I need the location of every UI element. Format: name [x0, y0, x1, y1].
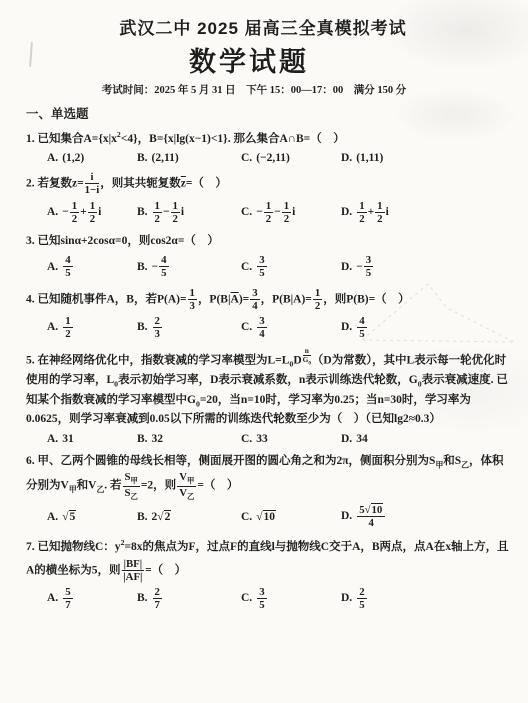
option-text: −12−12i: [256, 206, 295, 218]
question-2: 2. 若复数z=i1−i，则其共轭复数z=（ ） A.−12+12i B.12−…: [26, 171, 512, 224]
option-text: (1,11): [356, 152, 383, 164]
option-b: B.−45: [137, 254, 241, 279]
option-text: 45: [62, 261, 73, 273]
option-text: 34: [256, 321, 267, 333]
options-row: A.(1,2) B.(2,11) C.(−2,11) D.(1,11): [26, 152, 512, 164]
option-a: A.(1,2): [47, 152, 137, 164]
option-c: C.34: [241, 315, 341, 340]
option-label: B.: [137, 206, 148, 218]
option-c: C.35: [241, 586, 341, 611]
option-a: A.31: [47, 433, 137, 445]
option-label: C.: [241, 152, 252, 164]
option-label: B.: [137, 261, 148, 273]
question-6: 6. 甲、乙两个圆锥的母线长相等，侧面展开图的圆心角之和为2π，侧面积分别为S甲…: [26, 452, 512, 530]
option-b: B.32: [137, 433, 241, 445]
exam-info-line: 考试时间：2025 年 5 月 31 日 下午 15：00—17：00 满分 1…: [26, 82, 482, 97]
option-label: C.: [241, 592, 252, 604]
section-heading: 一、单选题: [26, 104, 512, 122]
option-text: 35: [256, 261, 267, 273]
question-stem: 2. 若复数z=i1−i，则其共轭复数z=（ ）: [26, 171, 512, 196]
option-text: 12: [62, 321, 73, 333]
option-label: C.: [241, 511, 252, 523]
option-d: D.25: [341, 586, 512, 611]
option-text: 12+12i: [356, 206, 389, 218]
options-row: A.31 B.32 C.33 D.34: [26, 433, 512, 445]
option-text: 31: [62, 433, 74, 445]
option-label: D.: [341, 592, 352, 604]
question-stem: 7. 已知抛物线C：y2=8x的焦点为F，过点F的直线l与抛物线C交于A，B两点…: [26, 536, 512, 583]
option-d: D.12+12i: [341, 200, 512, 225]
option-label: D.: [341, 261, 352, 273]
option-text: 5√104: [356, 510, 386, 522]
options-row: A.57 B.27 C.35 D.25: [26, 586, 512, 611]
option-text: 57: [62, 592, 73, 604]
option-text: (2,11): [152, 152, 179, 164]
option-c: C.−12−12i: [241, 200, 341, 225]
option-a: A.57: [47, 586, 137, 611]
option-a: A.12: [47, 315, 137, 340]
option-label: A.: [47, 511, 58, 523]
option-c: C.33: [241, 433, 341, 445]
option-b: B.(2,11): [137, 152, 241, 164]
option-label: B.: [137, 511, 148, 523]
option-label: A.: [47, 433, 58, 445]
question-stem: 6. 甲、乙两个圆锥的母线长相等，侧面展开图的圆心角之和为2π，侧面积分别为S甲…: [26, 452, 512, 501]
option-a: A.√5: [47, 511, 137, 523]
option-label: B.: [137, 433, 148, 445]
option-text: 33: [256, 433, 268, 445]
option-label: D.: [341, 206, 352, 218]
option-text: −12+12i: [62, 206, 101, 218]
option-text: 25: [356, 592, 367, 604]
option-label: A.: [47, 592, 58, 604]
option-text: √10: [256, 510, 276, 523]
option-label: C.: [241, 321, 252, 333]
option-text: √5: [62, 510, 76, 523]
option-b: B.23: [137, 315, 241, 340]
exam-school-title: 武汉二中 2025 届高三全真模拟考试: [26, 14, 500, 39]
option-label: B.: [137, 321, 148, 333]
question-5: 5. 在神经网络优化中，指数衰减的学习率模型为L=L0DnG0（D为常数），其中…: [26, 347, 512, 445]
option-text: 32: [152, 433, 164, 445]
option-text: 12−12i: [152, 206, 185, 218]
option-label: B.: [137, 592, 148, 604]
option-text: (−2,11): [256, 152, 290, 164]
option-c: C.√10: [241, 511, 341, 523]
option-text: −35: [356, 261, 374, 273]
option-text: 27: [152, 592, 163, 604]
question-7: 7. 已知抛物线C：y2=8x的焦点为F，过点F的直线l与抛物线C交于A，B两点…: [26, 536, 512, 611]
question-stem: 1. 已知集合A={x|x2<4}，B={x|lg(x−1)<1}. 那么集合A…: [26, 128, 512, 149]
question-3: 3. 已知sinα+2cosα=0，则cos2α=（ ） A.45 B.−45 …: [26, 232, 512, 280]
option-text: 35: [256, 592, 267, 604]
option-d: D.(1,11): [341, 152, 512, 164]
option-label: C.: [241, 206, 252, 218]
option-c: C.(−2,11): [241, 152, 341, 164]
option-label: A.: [47, 152, 58, 164]
option-b: B.12−12i: [137, 200, 241, 225]
options-row: A.−12+12i B.12−12i C.−12−12i D.12+12i: [26, 200, 512, 225]
option-a: A.−12+12i: [47, 200, 137, 225]
question-stem: 3. 已知sinα+2cosα=0，则cos2α=（ ）: [26, 232, 512, 252]
option-label: A.: [47, 206, 58, 218]
option-text: 23: [152, 321, 163, 333]
option-text: 2√2: [152, 510, 172, 523]
option-label: A.: [47, 261, 58, 273]
option-label: D.: [341, 433, 352, 445]
options-row: A.√5 B.2√2 C.√10 D.5√104: [26, 504, 512, 529]
exam-subject-title: 数学试题: [26, 40, 472, 79]
option-a: A.45: [47, 254, 137, 279]
option-label: C.: [241, 261, 252, 273]
option-label: A.: [47, 321, 58, 333]
option-c: C.35: [241, 254, 341, 279]
option-label: D.: [341, 152, 352, 164]
question-1: 1. 已知集合A={x|x2<4}，B={x|lg(x−1)<1}. 那么集合A…: [26, 128, 512, 164]
question-stem: 5. 在神经网络优化中，指数衰减的学习率模型为L=L0DnG0（D为常数），其中…: [26, 347, 512, 430]
option-b: B.2√2: [137, 511, 241, 523]
bleed-through-triangle: [348, 276, 523, 348]
option-b: B.27: [137, 586, 241, 611]
option-text: −45: [152, 261, 170, 273]
option-text: (1,2): [62, 152, 84, 164]
option-d: D.34: [341, 433, 512, 445]
option-label: B.: [137, 152, 148, 164]
option-text: 34: [356, 433, 368, 445]
option-label: D.: [341, 510, 352, 522]
option-d: D.5√104: [341, 504, 512, 529]
option-label: C.: [241, 433, 252, 445]
